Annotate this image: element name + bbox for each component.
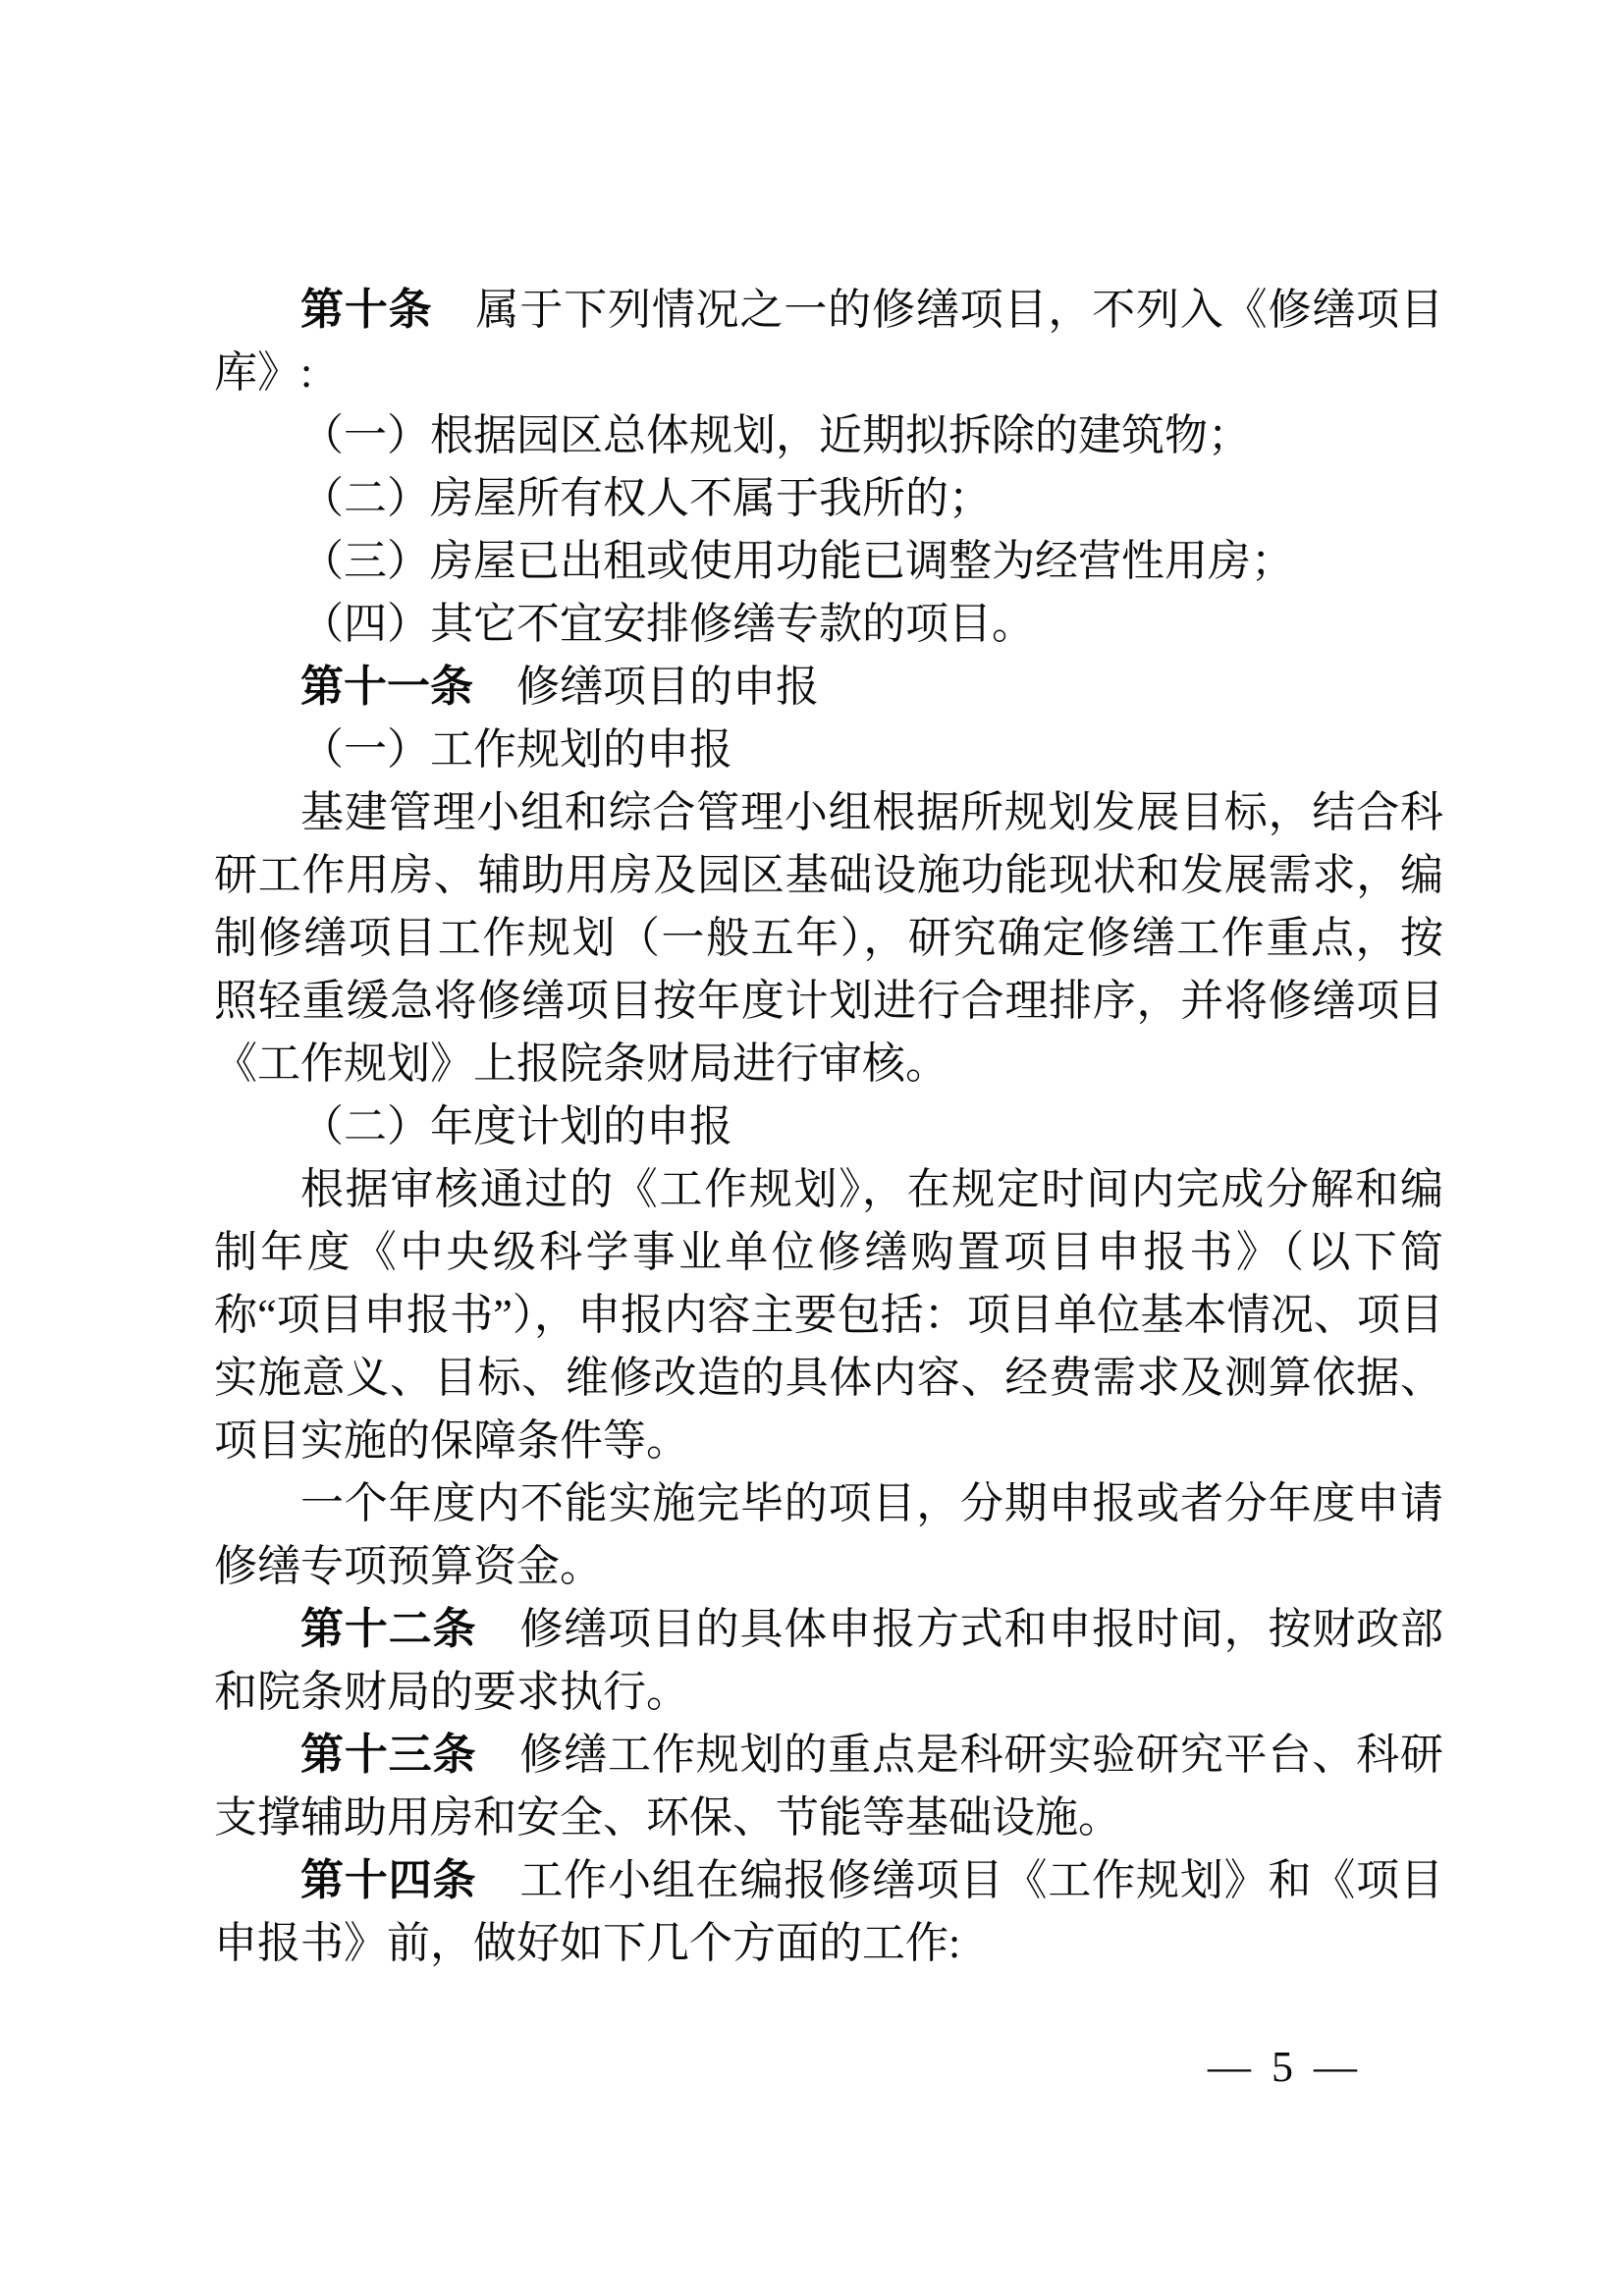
subheading-annual-plan: （二）年度计划的申报 [214, 1095, 1443, 1158]
subheading-work-plan: （一）工作规划的申报 [214, 719, 1443, 781]
document-body: 第十条属于下列情况之一的修缮项目，不列入《修缮项目库》: （一）根据园区总体规划… [214, 279, 1443, 1975]
paragraph-article-13: 第十三条修缮工作规划的重点是科研实验研究平台、科研支撑辅助用房和安全、环保、节能… [214, 1724, 1443, 1849]
list-item-3: （三）房屋已出租或使用功能已调整为经营性用房； [214, 530, 1443, 593]
paragraph-article-11: 第十一条修缮项目的申报 [214, 656, 1443, 719]
paragraph-annual-plan-body: 根据审核通过的《工作规划》，在规定时间内完成分解和编制年度《中央级科学事业单位修… [214, 1158, 1443, 1472]
paragraph-text: 一个年度内不能实施完毕的项目，分期申报或者分年度申请修缮专项预算资金。 [214, 1479, 1443, 1590]
article-number: 第十二条 [300, 1605, 476, 1653]
paragraph-text: 修缮项目的申报 [516, 663, 819, 711]
paragraph-text: （二）房屋所有权人不属于我所的； [300, 474, 992, 522]
paragraph-text: （三）房屋已出租或使用功能已调整为经营性用房； [300, 537, 1294, 585]
paragraph-text: 根据审核通过的《工作规划》，在规定时间内完成分解和编制年度《中央级科学事业单位修… [214, 1165, 1443, 1465]
list-item-2: （二）房屋所有权人不属于我所的； [214, 467, 1443, 530]
page-number: — 5 — [1208, 2042, 1357, 2093]
document-page: 第十条属于下列情况之一的修缮项目，不列入《修缮项目库》: （一）根据园区总体规划… [0, 0, 1624, 2296]
article-number: 第十三条 [300, 1731, 476, 1779]
paragraph-article-14: 第十四条工作小组在编报修缮项目《工作规划》和《项目申报书》前，做好如下几个方面的… [214, 1849, 1443, 1975]
paragraph-text: 基建管理小组和综合管理小组根据所规划发展目标，结合科研工作用房、辅助用房及园区基… [214, 788, 1443, 1088]
paragraph-text: （二）年度计划的申报 [300, 1102, 732, 1150]
list-item-1: （一）根据园区总体规划，近期拟拆除的建筑物； [214, 404, 1443, 467]
article-number: 第十一条 [300, 663, 473, 711]
paragraph-work-plan-body: 基建管理小组和综合管理小组根据所规划发展目标，结合科研工作用房、辅助用房及园区基… [214, 781, 1443, 1095]
paragraph-text: （一）工作规划的申报 [300, 725, 732, 774]
article-number: 第十四条 [300, 1856, 476, 1904]
list-item-4: （四）其它不宜安排修缮专款的项目。 [214, 593, 1443, 656]
paragraph-article-12: 第十二条修缮项目的具体申报方式和申报时间，按财政部和院条财局的要求执行。 [214, 1598, 1443, 1724]
paragraph-article-10: 第十条属于下列情况之一的修缮项目，不列入《修缮项目库》: [214, 279, 1443, 404]
article-number: 第十条 [300, 286, 433, 334]
paragraph-text: （四）其它不宜安排修缮专款的项目。 [300, 600, 1035, 648]
paragraph-multi-year: 一个年度内不能实施完毕的项目，分期申报或者分年度申请修缮专项预算资金。 [214, 1472, 1443, 1598]
paragraph-text: （一）根据园区总体规划，近期拟拆除的建筑物； [300, 411, 1251, 459]
